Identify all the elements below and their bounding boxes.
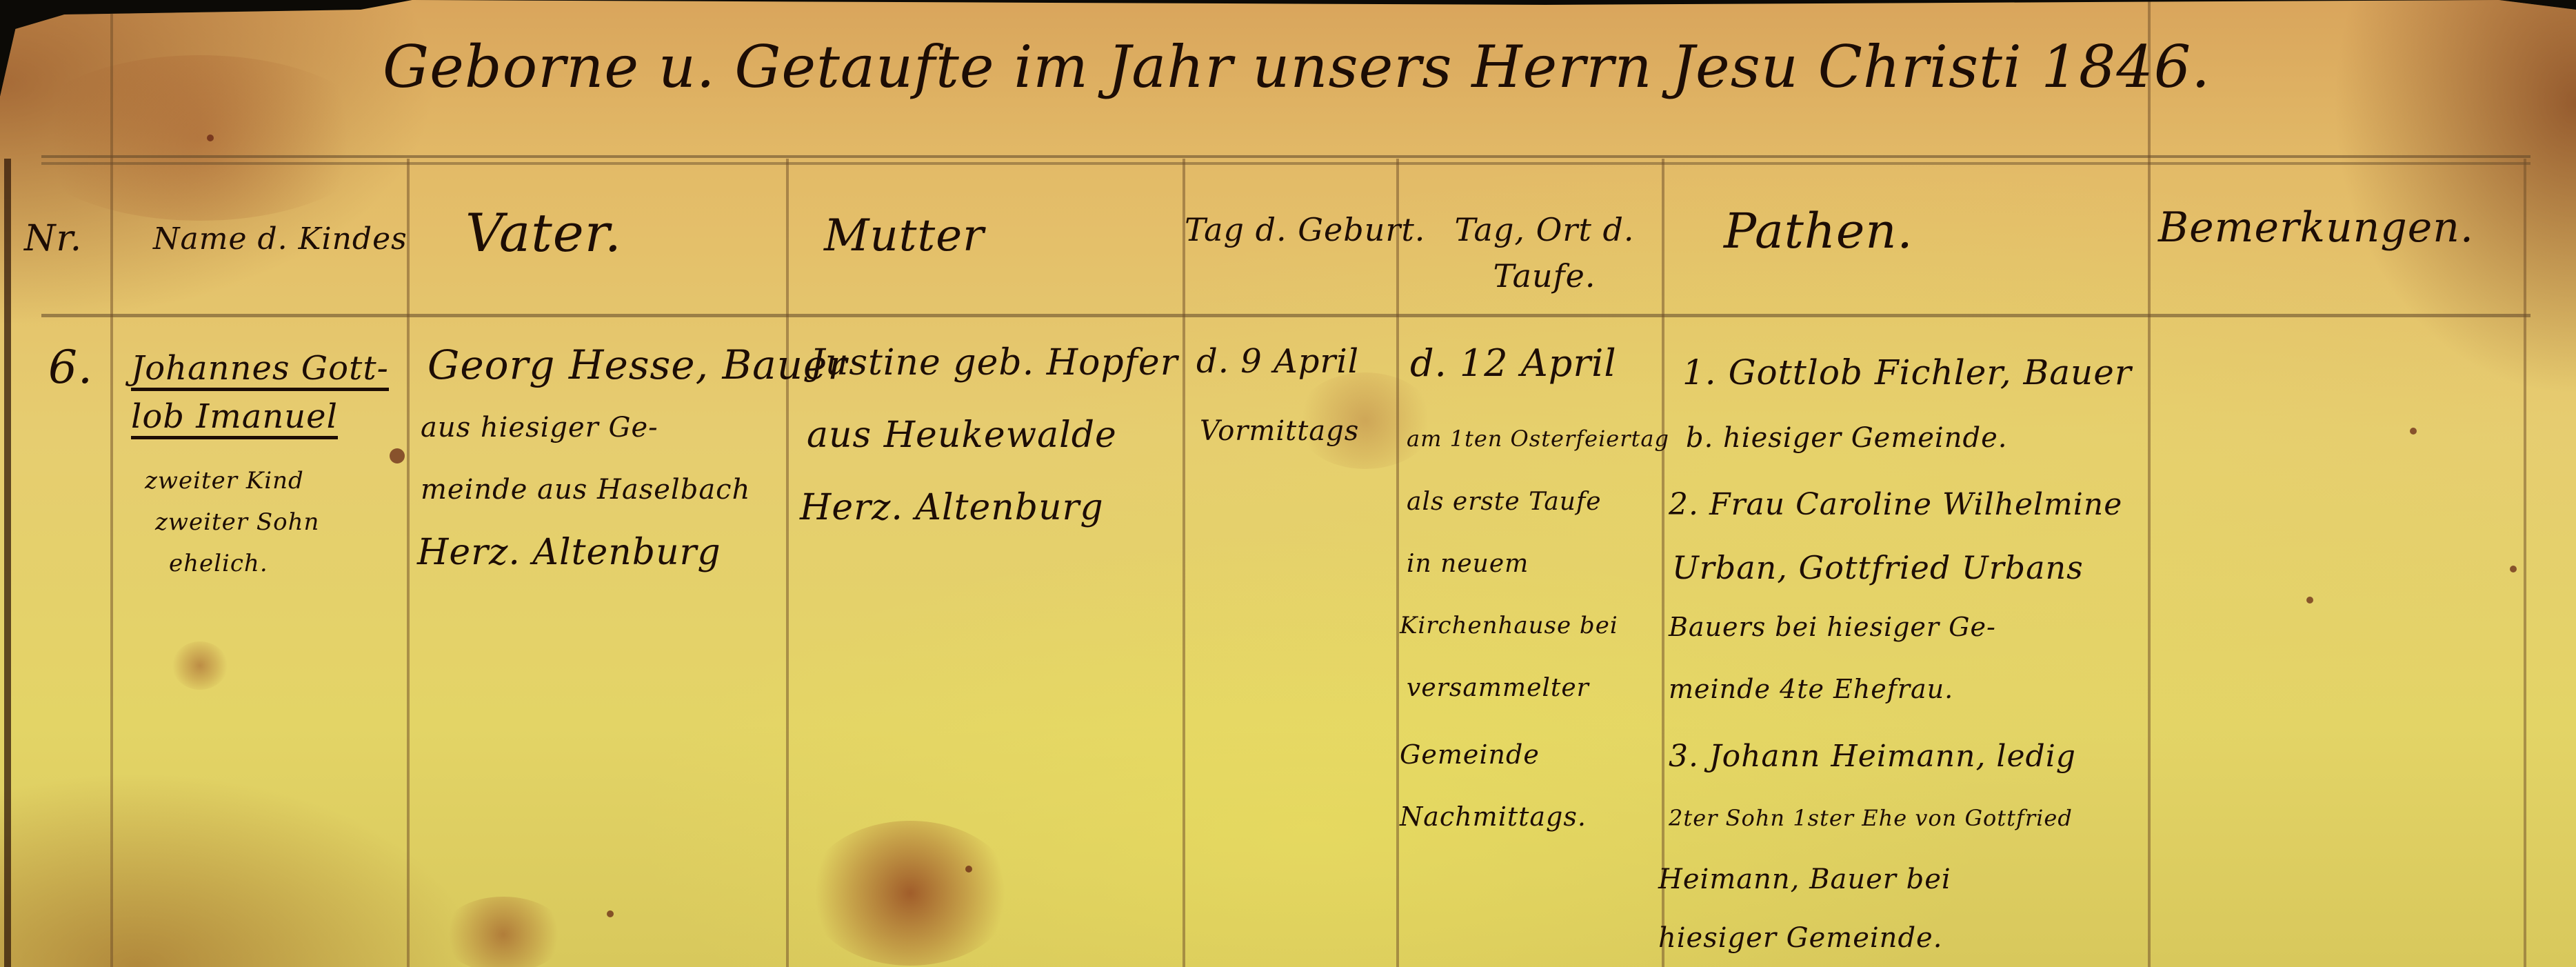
column-divider xyxy=(786,159,789,967)
column-header-godparents: Pathen. xyxy=(1724,207,1913,255)
godparent-line: Heimann, Bauer bei xyxy=(1658,866,1951,893)
stain xyxy=(807,821,1014,966)
mother-line: aus Heukewalde xyxy=(807,417,1117,453)
speck xyxy=(965,866,972,873)
child-note-line: ehelich. xyxy=(169,552,268,575)
column-header-remarks: Bemerkungen. xyxy=(2158,207,2474,248)
godparent-line: 2ter Sohn 1ster Ehe von Gottfried xyxy=(1669,807,2073,829)
godparent-line: 3. Johann Heimann, ledig xyxy=(1669,741,2076,772)
godparent-line: 1. Gottlob Fichler, Bauer xyxy=(1682,355,2132,390)
baptism-line: versammelter xyxy=(1407,676,1589,701)
left-margin-line xyxy=(4,159,11,967)
child-name-line: lob Imanuel xyxy=(131,400,338,439)
entry-number: 6. xyxy=(48,345,93,390)
column-header-baptism: Tag, Ort d. Taufe. xyxy=(1434,207,1655,299)
header-bottom-rule xyxy=(41,314,2530,317)
birth-date: d. 9 April xyxy=(1196,345,1359,378)
baptism-line: in neuem xyxy=(1407,552,1529,577)
father-line: Herz. Altenburg xyxy=(417,535,721,570)
godparent-line: Urban, Gottfried Urbans xyxy=(1672,552,2084,584)
column-header-child: Name d. Kindes xyxy=(153,224,407,255)
speck xyxy=(390,448,405,463)
column-header-nr: Nr. xyxy=(24,221,82,257)
child-note-line: zweiter Kind xyxy=(145,469,304,492)
father-line: aus hiesiger Ge- xyxy=(421,414,658,441)
godparent-line: Bauers bei hiesiger Ge- xyxy=(1669,614,1996,640)
column-divider xyxy=(2524,159,2526,967)
page-title: Geborne u. Getaufte im Jahr unsers Herrn… xyxy=(383,38,2211,96)
stain xyxy=(172,641,228,690)
baptism-line: Kirchenhause bei xyxy=(1400,614,1618,637)
register-page: Geborne u. Getaufte im Jahr unsers Herrn… xyxy=(0,0,2576,967)
remarks-cell xyxy=(2165,345,2510,897)
mother-line: Justine geb. Hopfer xyxy=(810,345,1178,381)
speck xyxy=(607,910,614,917)
birth-time: Vormittags xyxy=(1200,417,1359,445)
baptism-line: d. 12 April xyxy=(1410,345,1617,382)
column-divider xyxy=(2148,0,2151,967)
column-divider xyxy=(1183,159,1185,967)
column-header-mother: Mutter xyxy=(824,214,985,258)
godparent-line: hiesiger Gemeinde. xyxy=(1658,924,1942,952)
column-divider xyxy=(1662,159,1664,967)
godparent-line: 2. Frau Caroline Wilhelmine xyxy=(1669,490,2122,520)
baptism-line: als erste Taufe xyxy=(1407,490,1602,515)
child-note-line: zweiter Sohn xyxy=(155,510,319,534)
baptism-line: Nachmittags. xyxy=(1400,804,1587,830)
column-header-father: Vater. xyxy=(465,207,622,259)
father-line: meinde aus Haselbach xyxy=(421,476,750,504)
baptism-line: Gemeinde xyxy=(1400,741,1540,768)
speck xyxy=(2510,566,2517,572)
godparent-line: b. hiesiger Gemeinde. xyxy=(1686,424,2007,452)
mother-line: Herz. Altenburg xyxy=(800,490,1104,526)
godparent-line: meinde 4te Ehefrau. xyxy=(1669,676,1953,702)
stain xyxy=(21,55,379,221)
column-divider xyxy=(110,0,113,967)
header-rule xyxy=(41,155,2530,165)
baptism-line: am 1ten Osterfeiertag xyxy=(1407,428,1669,450)
column-divider xyxy=(407,159,410,967)
column-header-birth: Tag d. Geburt. xyxy=(1185,214,1425,246)
stain xyxy=(441,897,565,967)
child-name-line: Johannes Gott- xyxy=(131,352,389,391)
speck xyxy=(207,134,214,141)
column-divider xyxy=(1396,159,1399,967)
father-line: Georg Hesse, Bauer xyxy=(427,345,847,385)
